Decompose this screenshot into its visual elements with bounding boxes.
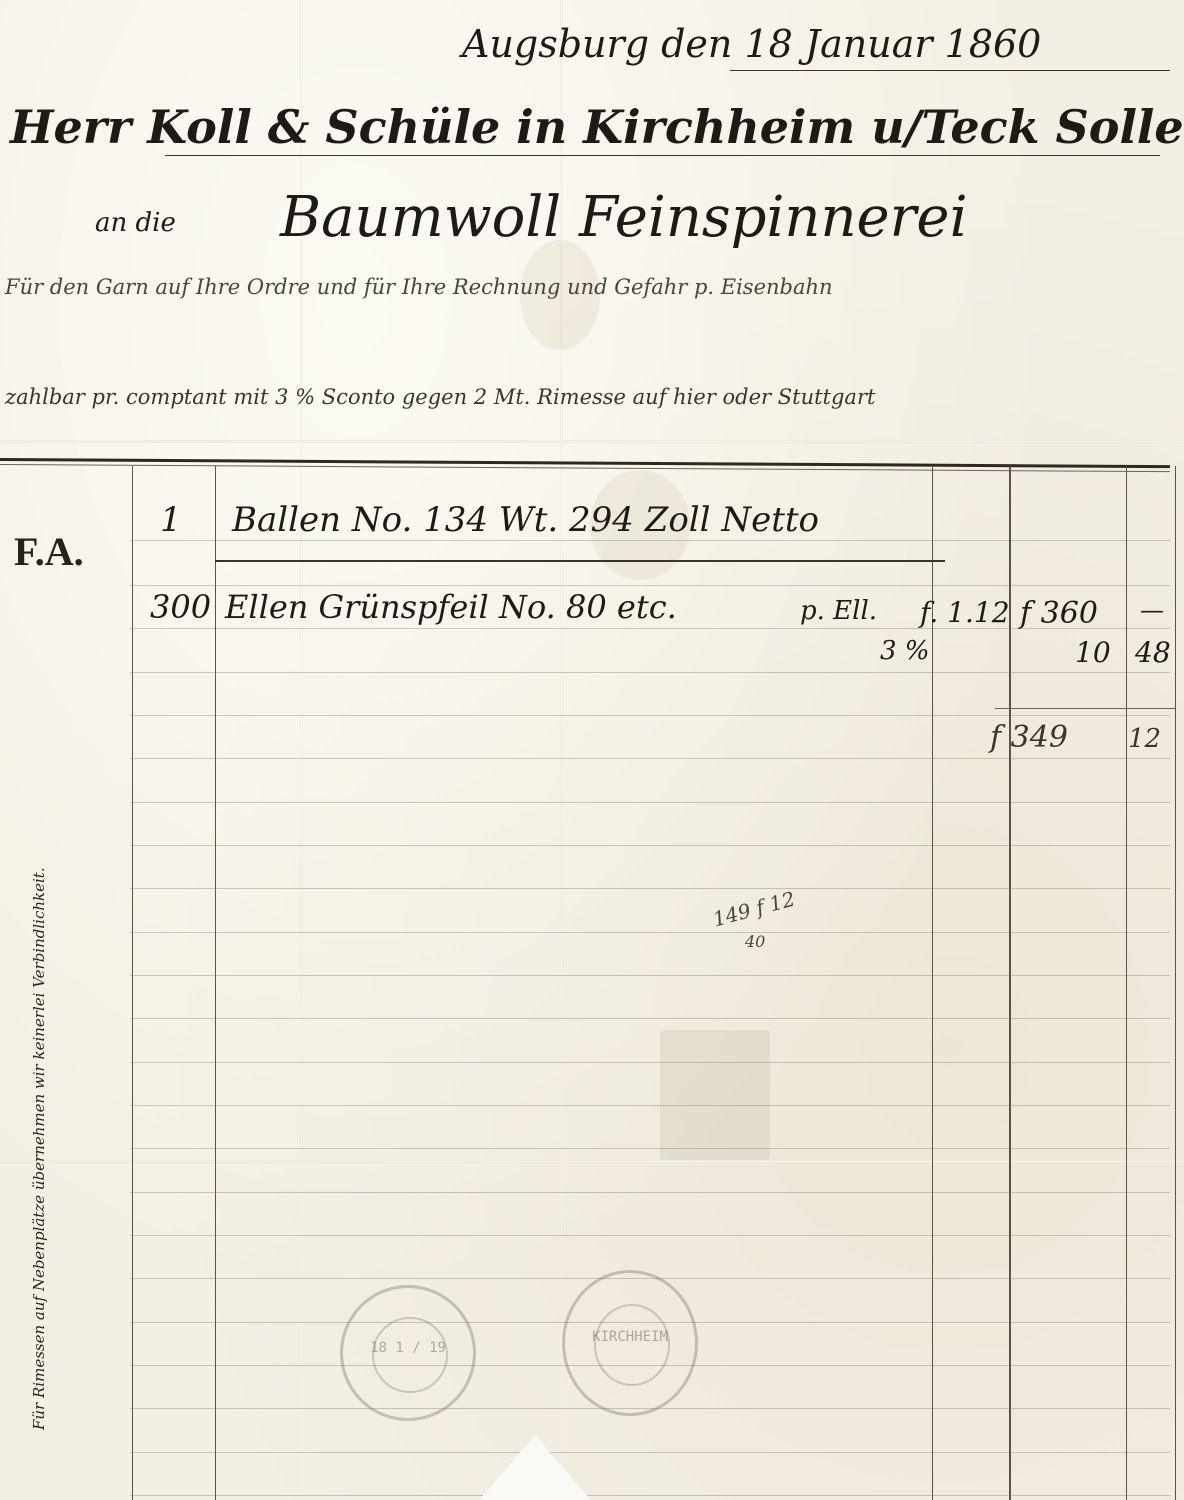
terms-line-2: zahlbar pr. comptant mit 3 % Sconto gege… xyxy=(5,385,875,409)
pencil-note: 149 f 12 xyxy=(710,887,797,932)
recipient-line: Herr Koll & Schüle in Kirchheim u/Teck S… xyxy=(10,100,1184,154)
row-rule xyxy=(130,1235,1170,1236)
row-rule xyxy=(130,1062,1170,1063)
recipient-underline xyxy=(165,155,1160,156)
row-rule xyxy=(130,540,1170,541)
column-rule xyxy=(1175,466,1176,1500)
row-rule xyxy=(130,715,1170,716)
row-rule xyxy=(130,888,1170,889)
line2-desc: Ellen Grünspfeil No. 80 etc. xyxy=(225,588,677,626)
paper-fold xyxy=(0,440,1184,443)
line1-desc: Ballen No. 134 Wt. 294 Zoll Netto xyxy=(232,500,819,540)
paper-fold xyxy=(0,1160,1184,1163)
line2-amount-fl: f 360 xyxy=(1020,596,1098,631)
row-rule xyxy=(130,802,1170,803)
line1-underline xyxy=(215,560,945,562)
pencil-note: 40 xyxy=(745,932,765,951)
row-rule xyxy=(130,932,1170,933)
margin-disclaimer: Für Rimessen auf Nebenplätze übernehmen … xyxy=(30,867,48,1430)
row-rule xyxy=(130,628,1170,629)
row-rule xyxy=(130,1452,1170,1453)
place-date: Augsburg den 18 Januar 1860 xyxy=(462,22,1041,66)
row-rule xyxy=(130,845,1170,846)
discount-label: 3 % xyxy=(880,636,930,666)
row-rule xyxy=(130,975,1170,976)
shipping-mark: F.A. xyxy=(14,528,84,575)
paper-tear xyxy=(475,1435,595,1500)
sender-name: Baumwoll Feinspinnerei xyxy=(280,185,967,250)
line2-unit: p. Ell. xyxy=(800,596,877,626)
row-rule xyxy=(130,1148,1170,1149)
row-rule xyxy=(130,1105,1170,1106)
bleed-through-mark xyxy=(660,1030,770,1160)
row-rule xyxy=(130,672,1170,673)
terms-line-1: Für den Garn auf Ihre Ordre und für Ihre… xyxy=(5,275,833,299)
row-rule xyxy=(130,1192,1170,1193)
discount-amount-kr: 48 xyxy=(1135,636,1171,669)
discount-amount-fl: 10 xyxy=(1075,636,1111,669)
sender-prefix: an die xyxy=(95,208,176,238)
column-rule xyxy=(1126,466,1127,1500)
row-rule xyxy=(130,585,1170,586)
column-rule xyxy=(132,466,133,1500)
total-rule xyxy=(995,708,1175,709)
column-rule xyxy=(215,466,216,1500)
row-rule xyxy=(130,758,1170,759)
line2-qty: 300 xyxy=(150,588,211,626)
row-rule xyxy=(130,1018,1170,1019)
line2-price: f. 1.12 xyxy=(920,596,1010,629)
date-underline xyxy=(730,70,1170,71)
line2-amount-kr: — xyxy=(1140,596,1164,624)
line1-qty: 1 xyxy=(160,500,182,540)
postmark-stamp: 18 1 / 19 xyxy=(340,1285,476,1421)
postmark-stamp: KIRCHHEIM xyxy=(562,1270,698,1416)
total-amount-fl: f 349 xyxy=(990,720,1068,755)
total-amount-kr: 12 xyxy=(1128,724,1161,754)
row-rule xyxy=(130,1495,1170,1496)
